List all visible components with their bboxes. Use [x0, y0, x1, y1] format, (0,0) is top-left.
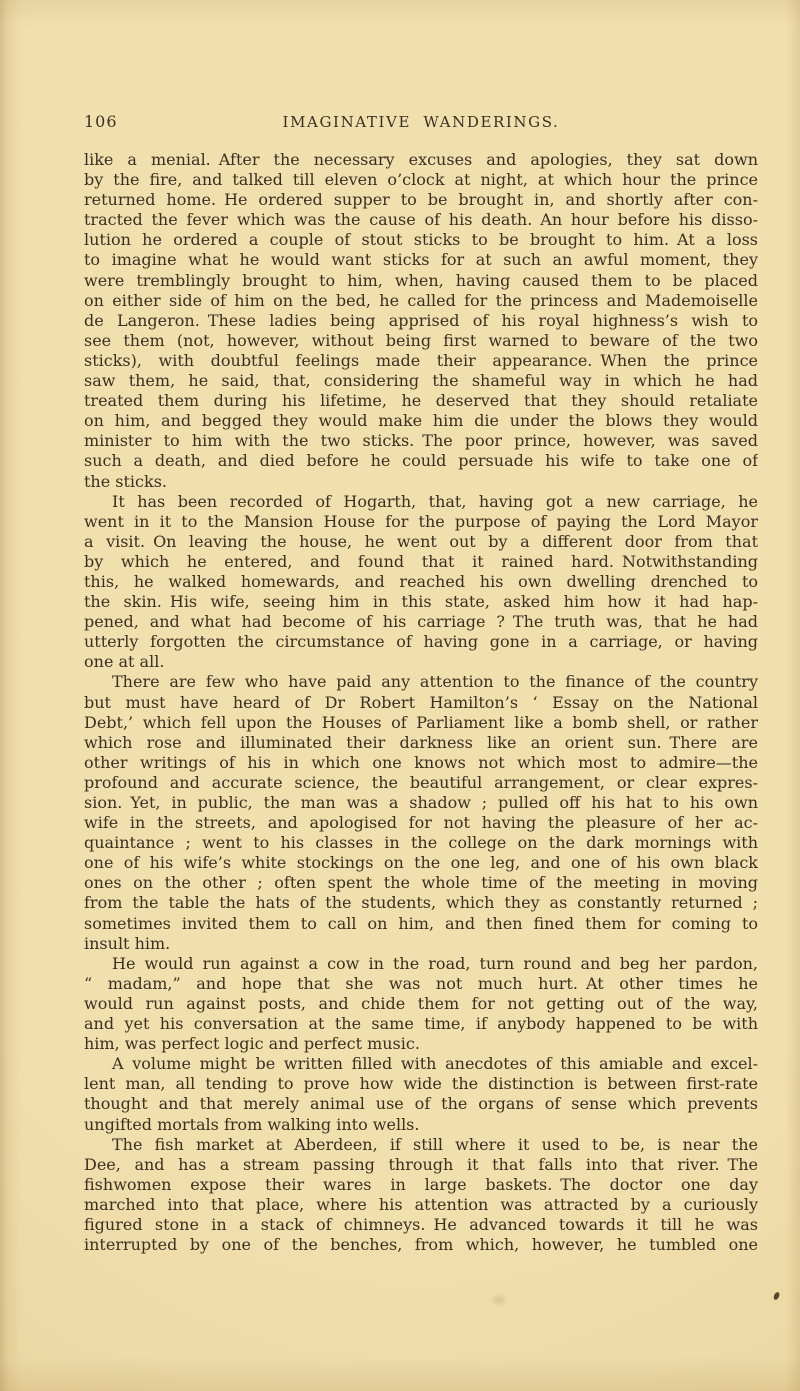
text-line: sticks), with doubtful feelings made the…	[84, 351, 758, 371]
text-line: lution he ordered a couple of stout stic…	[84, 230, 758, 250]
text-line: There are few who have paid any attentio…	[84, 672, 758, 692]
text-line: pened, and what had become of his carria…	[84, 612, 758, 632]
page-number: 106	[84, 112, 118, 132]
text-line: by the fire, and talked till eleven o’cl…	[84, 170, 758, 190]
text-line: tracted the fever which was the cause of…	[84, 210, 758, 230]
text-line: figured stone in a stack of chimneys. He…	[84, 1215, 758, 1235]
text-line: one of his wife’s white stockings on the…	[84, 853, 758, 873]
text-line: other writings of his in which one knows…	[84, 753, 758, 773]
text-line: were tremblingly brought to him, when, h…	[84, 271, 758, 291]
text-line: profound and accurate science, the beaut…	[84, 773, 758, 793]
text-line: It has been recorded of Hogarth, that, h…	[84, 492, 758, 512]
paragraph: He would run against a cow in the road, …	[84, 954, 758, 1054]
paragraph: It has been recorded of Hogarth, that, h…	[84, 492, 758, 673]
running-title: IMAGINATIVE WANDERINGS.	[84, 112, 758, 132]
text-line: “ madam,” and hope that she was not much…	[84, 974, 758, 994]
text-line: The fish market at Aberdeen, if still wh…	[84, 1135, 758, 1155]
text-line: Dee, and has a stream passing through it…	[84, 1155, 758, 1175]
text-line: the sticks.	[84, 472, 758, 492]
ink-speck	[773, 1291, 780, 1300]
book-page: 106 IMAGINATIVE WANDERINGS. like a menia…	[0, 0, 800, 1391]
text-line: ungifted mortals from walking into wells…	[84, 1115, 758, 1135]
text-line: like a menial. After the necessary excus…	[84, 150, 758, 170]
text-line: ones on the other ; often spent the whol…	[84, 873, 758, 893]
text-line: on either side of him on the bed, he cal…	[84, 291, 758, 311]
text-line: quaintance ; went to his classes in the …	[84, 833, 758, 853]
page-header: 106 IMAGINATIVE WANDERINGS.	[84, 112, 758, 132]
text-line: would run against posts, and chide them …	[84, 994, 758, 1014]
text-line: interrupted by one of the benches, from …	[84, 1235, 758, 1255]
text-line: on him, and begged they would make him d…	[84, 411, 758, 431]
paragraph: There are few who have paid any attentio…	[84, 672, 758, 953]
text-line: returned home. He ordered supper to be b…	[84, 190, 758, 210]
paragraph: like a menial. After the necessary excus…	[84, 150, 758, 492]
paper-smudge	[486, 1289, 512, 1311]
text-line: one at all.	[84, 652, 758, 672]
paragraph: The fish market at Aberdeen, if still wh…	[84, 1135, 758, 1256]
page-body: like a menial. After the necessary excus…	[84, 150, 758, 1255]
text-line: Debt,’ which fell upon the Houses of Par…	[84, 713, 758, 733]
text-line: by which he entered, and found that it r…	[84, 552, 758, 572]
text-line: sometimes invited them to call on him, a…	[84, 914, 758, 934]
text-line: the skin. His wife, seeing him in this s…	[84, 592, 758, 612]
text-line: thought and that merely animal use of th…	[84, 1094, 758, 1114]
text-line: saw them, he said, that, considering the…	[84, 371, 758, 391]
text-line: lent man, all tending to prove how wide …	[84, 1074, 758, 1094]
text-line: see them (not, however, without being fi…	[84, 331, 758, 351]
paragraph: A volume might be written filled with an…	[84, 1054, 758, 1134]
text-line: wife in the streets, and apologised for …	[84, 813, 758, 833]
text-line: went in it to the Mansion House for the …	[84, 512, 758, 532]
text-line: him, was perfect logic and perfect music…	[84, 1034, 758, 1054]
text-line: a visit. On leaving the house, he went o…	[84, 532, 758, 552]
text-line: sion. Yet, in public, the man was a shad…	[84, 793, 758, 813]
text-line: A volume might be written filled with an…	[84, 1054, 758, 1074]
text-line: marched into that place, where his atten…	[84, 1195, 758, 1215]
text-line: insult him.	[84, 934, 758, 954]
text-line: utterly forgotten the circumstance of ha…	[84, 632, 758, 652]
text-line: such a death, and died before he could p…	[84, 451, 758, 471]
text-line: and yet his conversation at the same tim…	[84, 1014, 758, 1034]
text-line: but must have heard of Dr Robert Hamilto…	[84, 693, 758, 713]
text-line: fishwomen expose their wares in large ba…	[84, 1175, 758, 1195]
text-line: He would run against a cow in the road, …	[84, 954, 758, 974]
text-line: from the table the hats of the students,…	[84, 893, 758, 913]
text-line: de Langeron. These ladies being apprised…	[84, 311, 758, 331]
text-line: treated them during his lifetime, he des…	[84, 391, 758, 411]
text-line: to imagine what he would want sticks for…	[84, 250, 758, 270]
text-line: minister to him with the two sticks. The…	[84, 431, 758, 451]
text-line: this, he walked homewards, and reached h…	[84, 572, 758, 592]
text-line: which rose and illuminated their darknes…	[84, 733, 758, 753]
